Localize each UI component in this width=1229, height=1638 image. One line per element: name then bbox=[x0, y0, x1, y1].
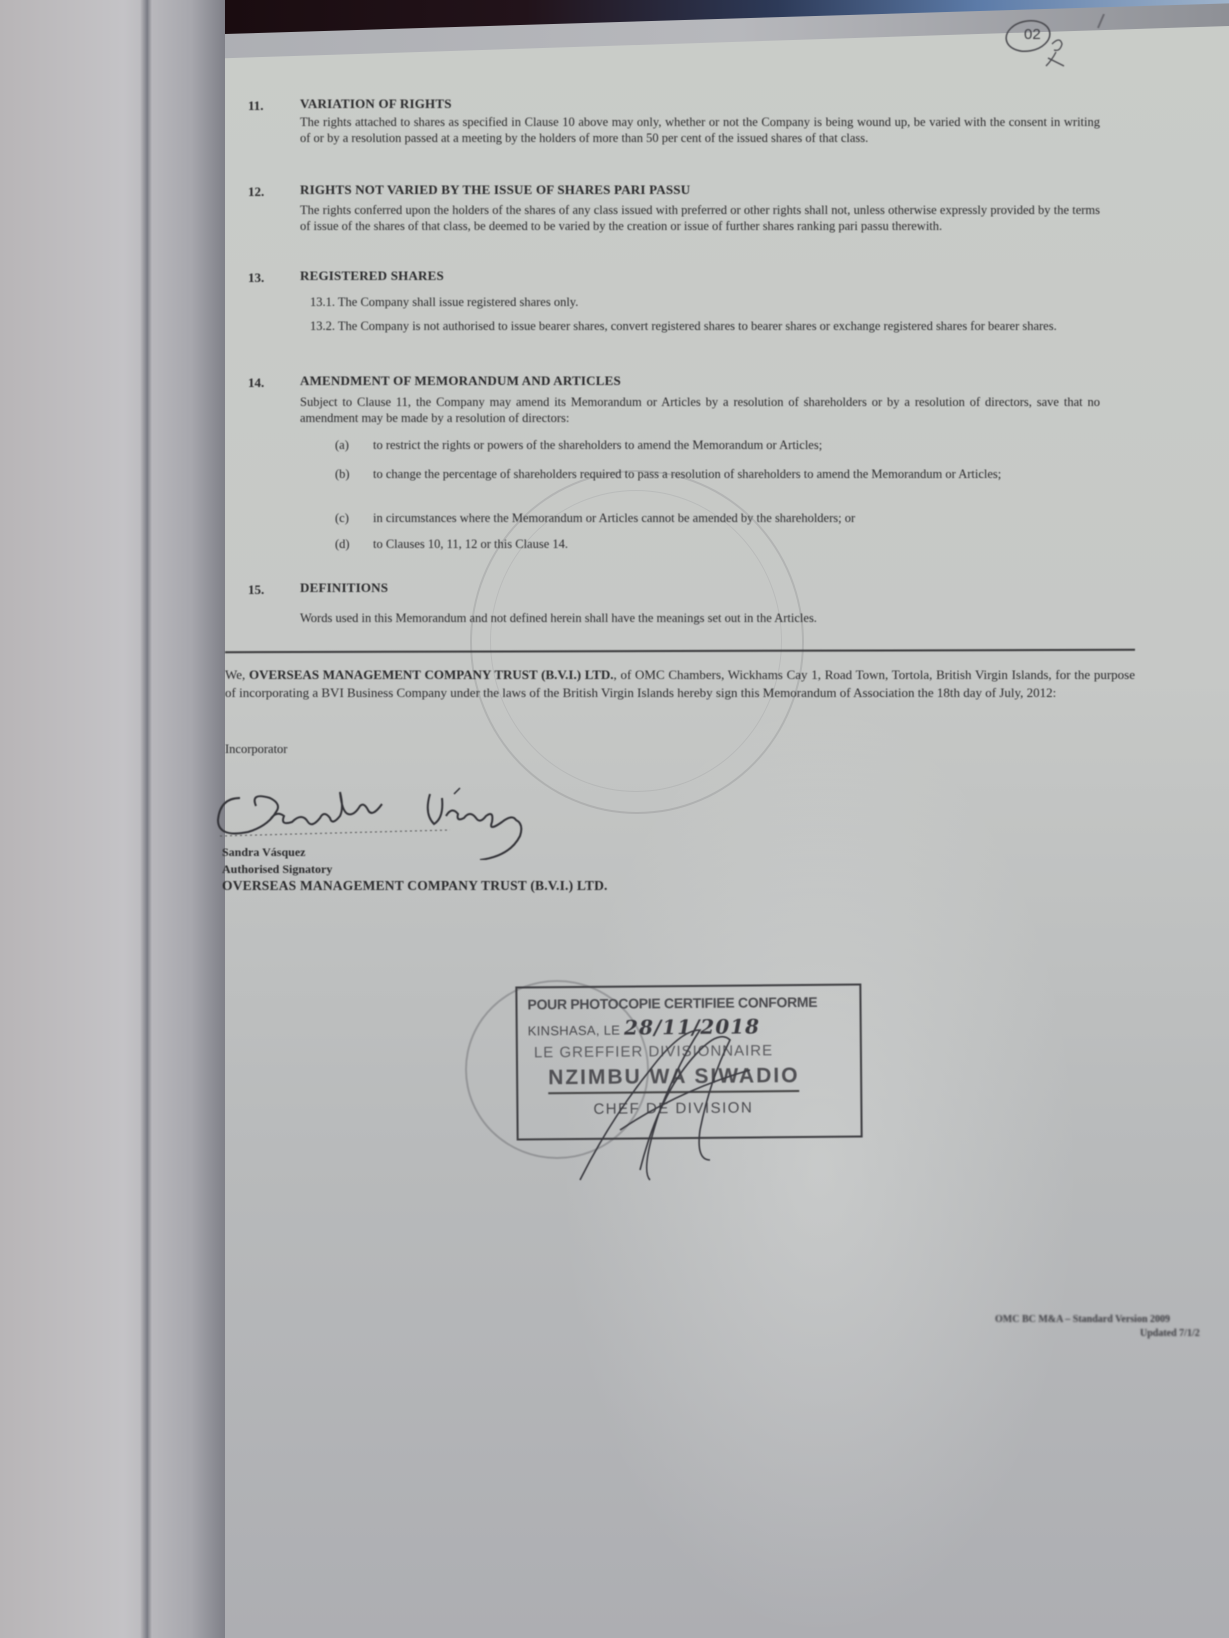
list-item: (c) in circumstances where the Memorandu… bbox=[335, 510, 1115, 526]
clause-body: Words used in this Memorandum and not de… bbox=[300, 610, 1100, 626]
item-label: (c) bbox=[335, 510, 349, 526]
item-text: to change the percentage of shareholders… bbox=[373, 466, 1115, 482]
subclause: 13.2. The Company is not authorised to i… bbox=[310, 318, 1100, 334]
handwritten-page-number-circle bbox=[1000, 14, 1120, 84]
clause-title: Variation of Rights bbox=[300, 96, 452, 112]
incorporator-company: OVERSEAS MANAGEMENT COMPANY TRUST (B.V.I… bbox=[249, 667, 614, 682]
signatory-company: OVERSEAS MANAGEMENT COMPANY TRUST (B.V.I… bbox=[222, 878, 608, 894]
clause-body: Subject to Clause 11, the Company may am… bbox=[300, 394, 1100, 426]
document-content: 02 11. Variation of Rights The rights at… bbox=[0, 0, 1229, 1638]
signatory-name: Sandra Vásquez bbox=[222, 845, 305, 860]
item-text: to restrict the rights or powers of the … bbox=[373, 437, 1115, 453]
list-item: (a) to restrict the rights or powers of … bbox=[335, 437, 1115, 453]
clause-number: 12. bbox=[248, 184, 264, 200]
footer-form-id: OMC BC M&A – Standard Version 2009 bbox=[995, 1314, 1170, 1325]
subclause-label: 13.1. bbox=[310, 295, 335, 309]
clause-title: Registered Shares bbox=[300, 268, 444, 284]
clause-number: 15. bbox=[248, 582, 264, 598]
clause-body: The rights attached to shares as specifi… bbox=[300, 114, 1100, 146]
signatory-role: Authorised Signatory bbox=[222, 862, 332, 877]
clause-body: The rights conferred upon the holders of… bbox=[300, 202, 1100, 234]
divider bbox=[225, 649, 1135, 653]
subclause-text: The Company shall issue registered share… bbox=[338, 295, 578, 309]
item-label: (d) bbox=[335, 536, 350, 552]
page-number: 02 bbox=[1024, 26, 1041, 43]
clause-number: 14. bbox=[248, 375, 264, 391]
item-label: (b) bbox=[335, 466, 350, 482]
clause-title: Amendment of Memorandum and Articles bbox=[300, 373, 621, 389]
list-item: (d) to Clauses 10, 11, 12 or this Clause… bbox=[335, 536, 1115, 552]
subclause-text: The Company is not authorised to issue b… bbox=[338, 319, 1057, 333]
clause-number: 11. bbox=[248, 98, 264, 114]
item-text: in circumstances where the Memorandum or… bbox=[373, 510, 1115, 526]
item-text: to Clauses 10, 11, 12 or this Clause 14. bbox=[373, 536, 1115, 552]
stamp-signature bbox=[560, 1010, 800, 1190]
incorporation-lead: We, bbox=[225, 667, 249, 682]
footer-updated: Updated 7/1/2 bbox=[1140, 1328, 1200, 1339]
subclause-label: 13.2. bbox=[310, 319, 335, 333]
incorporator-label: Incorporator bbox=[225, 742, 287, 757]
clause-title: Rights Not Varied by the Issue of Shares… bbox=[300, 182, 690, 198]
subclause: 13.1. The Company shall issue registered… bbox=[310, 294, 1100, 310]
clause-title: Definitions bbox=[300, 580, 388, 596]
list-item: (b) to change the percentage of sharehol… bbox=[335, 466, 1115, 482]
incorporation-statement: We, OVERSEAS MANAGEMENT COMPANY TRUST (B… bbox=[225, 666, 1135, 702]
item-label: (a) bbox=[335, 437, 349, 453]
clause-number: 13. bbox=[248, 270, 264, 286]
